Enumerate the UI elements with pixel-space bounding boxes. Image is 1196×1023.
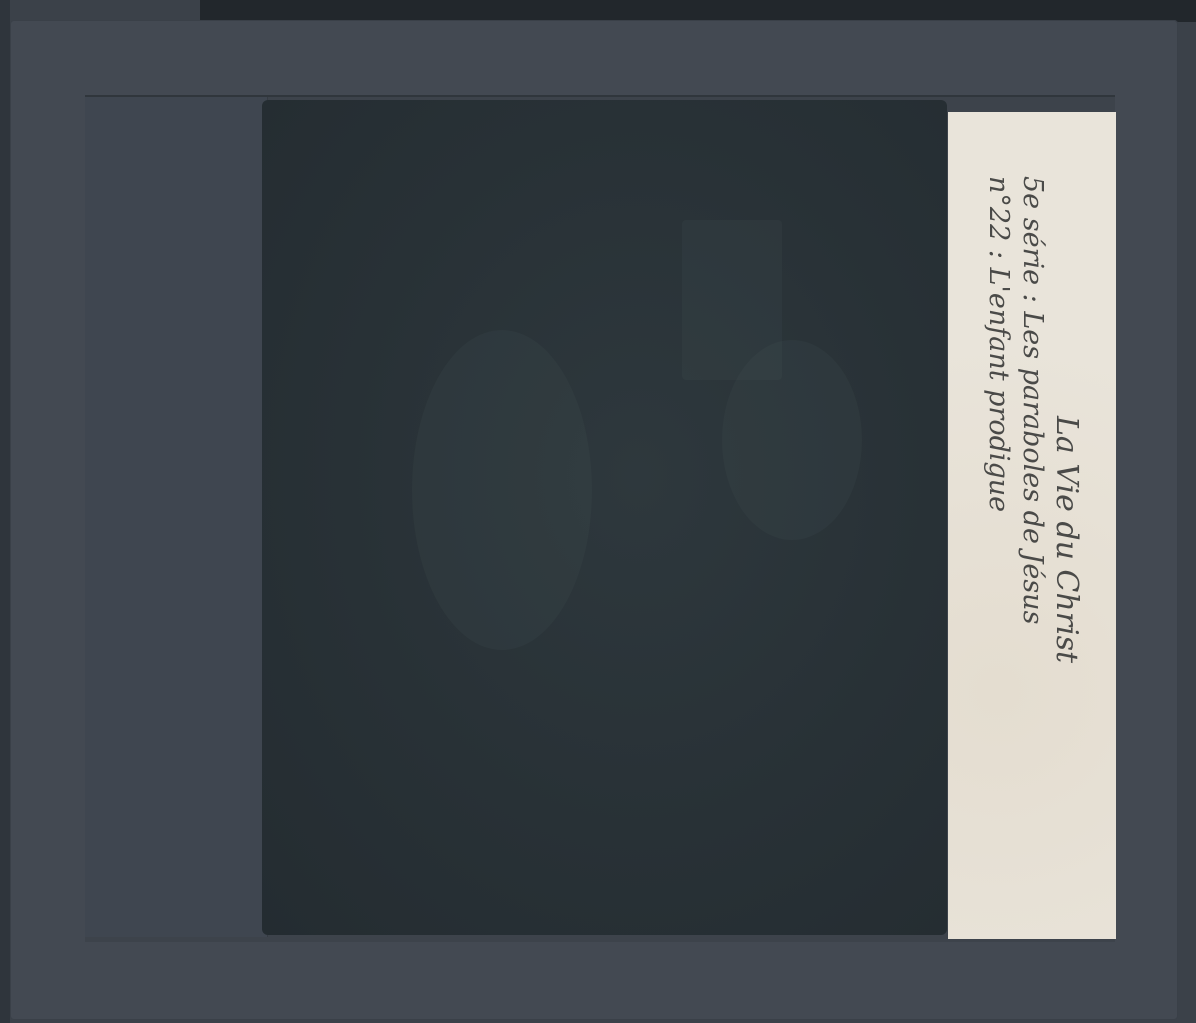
label-title: La Vie du Christ [1049, 176, 1083, 876]
label-text: La Vie du Christ 5e série : Les parabole… [981, 176, 1083, 876]
label-series: 5e série : Les paraboles de Jésus [1015, 176, 1049, 876]
background-edge-top [200, 0, 1196, 22]
slide-image-area [262, 100, 947, 935]
background-edge-left [0, 0, 10, 1023]
faint-figure-left [412, 330, 592, 650]
label-number: n°22 : L'enfant prodigue [981, 176, 1015, 876]
faint-figure-right [722, 340, 862, 540]
handwritten-label: La Vie du Christ 5e série : Les parabole… [948, 112, 1116, 939]
slide-left-mask-strip [85, 97, 268, 937]
